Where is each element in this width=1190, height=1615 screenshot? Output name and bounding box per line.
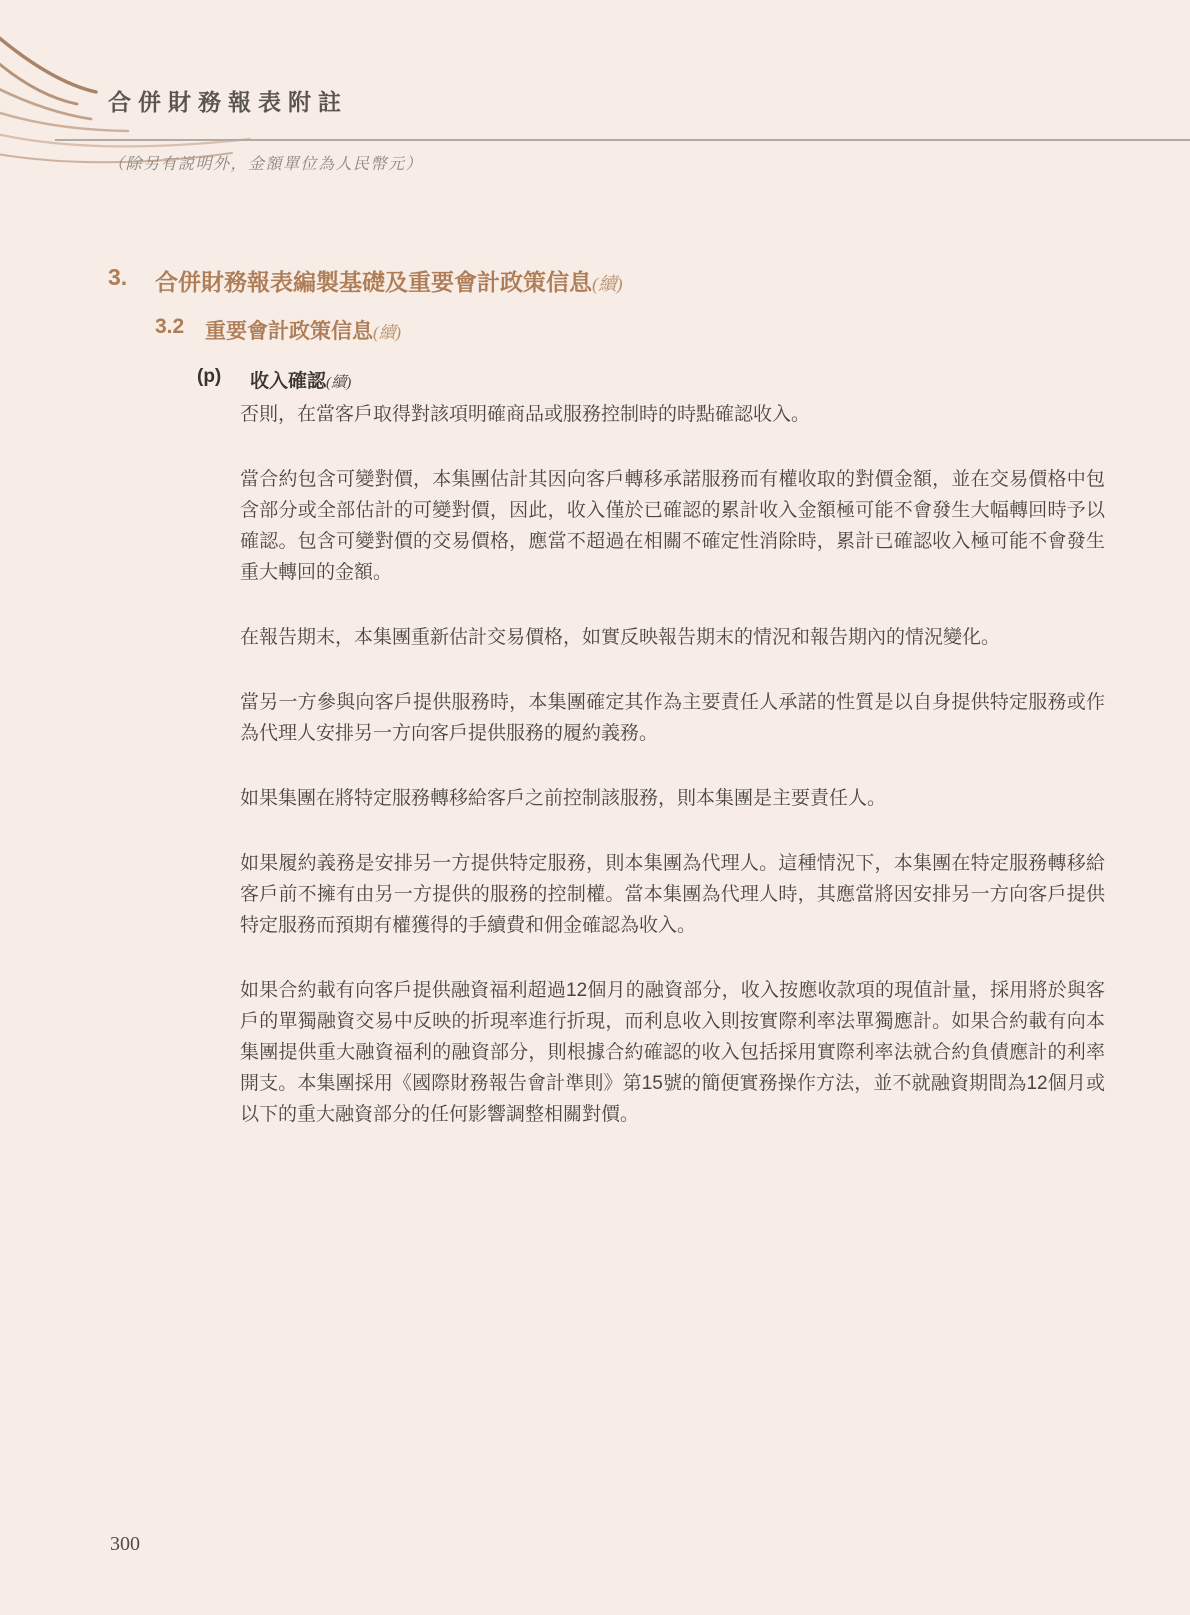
section-number: 3. xyxy=(108,264,155,297)
paragraph: 如果合約載有向客戶提供融資福利超過12個月的融資部分，收入按應收款項的現值計量，… xyxy=(240,975,1105,1130)
page-subtitle: （除另有説明外，金額單位為人民幣元） xyxy=(108,151,423,174)
document-page: 合併財務報表附註 （除另有説明外，金額單位為人民幣元） 3. 合併財務報表編製基… xyxy=(0,0,1190,1615)
subsection-title: 重要會計政策信息(續) xyxy=(205,315,401,345)
paragraph: 在報告期末，本集團重新估計交易價格，如實反映報告期末的情況和報告期內的情況變化。 xyxy=(240,622,1105,653)
section-continued-suffix: (續) xyxy=(592,274,623,294)
header-divider xyxy=(55,139,1190,141)
subsection-continued-suffix: (續) xyxy=(373,323,401,342)
section-heading: 3. 合併財務報表編製基礎及重要會計政策信息(續) xyxy=(108,264,623,297)
paragraph: 否則，在當客戶取得對該項明確商品或服務控制時的時點確認收入。 xyxy=(240,399,1105,430)
page-number: 300 xyxy=(110,1533,140,1556)
section-title: 合併財務報表編製基礎及重要會計政策信息(續) xyxy=(155,264,623,297)
paragraph: 當合約包含可變對價，本集團估計其因向客戶轉移承諾服務而有權收取的對價金額，並在交… xyxy=(240,464,1105,588)
paragraph: 如果履約義務是安排另一方提供特定服務，則本集團為代理人。這種情況下，本集團在特定… xyxy=(240,848,1105,941)
clause-continued-suffix: (續) xyxy=(326,374,351,391)
clause-heading: (p) 收入確認(續) xyxy=(197,366,351,393)
paragraph: 當另一方參與向客戶提供服務時，本集團確定其作為主要責任人承諾的性質是以自身提供特… xyxy=(240,687,1105,749)
paragraph: 如果集團在將特定服務轉移給客戶之前控制該服務，則本集團是主要責任人。 xyxy=(240,783,1105,814)
paragraphs-container: 否則，在當客戶取得對該項明確商品或服務控制時的時點確認收入。當合約包含可變對價，… xyxy=(240,399,1105,1164)
page-title: 合併財務報表附註 xyxy=(108,84,348,117)
subsection-heading: 3.2 重要會計政策信息(續) xyxy=(155,315,401,345)
clause-title: 收入確認(續) xyxy=(250,366,351,393)
clause-label: (p) xyxy=(197,366,250,393)
subsection-number: 3.2 xyxy=(155,315,205,345)
